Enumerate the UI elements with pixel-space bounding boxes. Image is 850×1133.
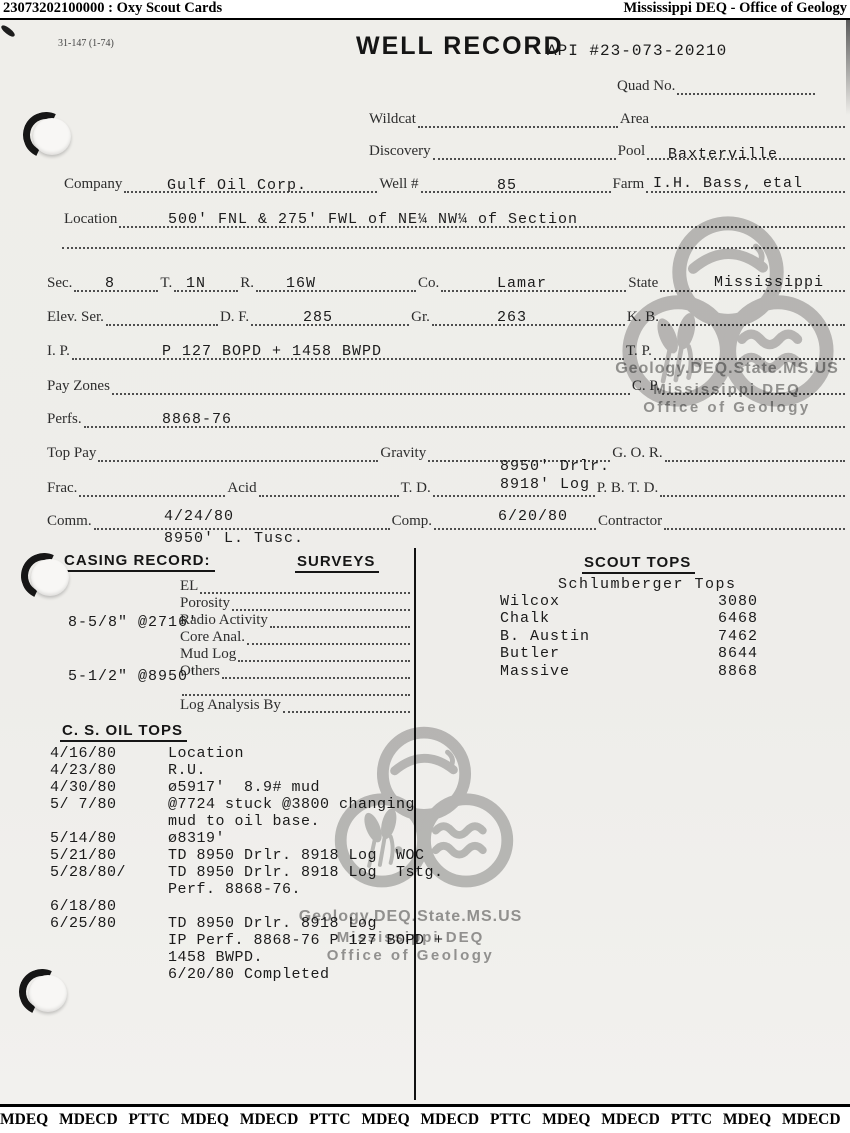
footer-bar: MDEQ MDECD PTTC MDEQ MDECD PTTC MDEQ MDE…: [0, 1104, 850, 1129]
dotted-line: [106, 314, 218, 326]
formation-depth: 6468: [718, 610, 758, 627]
dotted-line: [660, 485, 845, 497]
agency-name: Mississippi DEQ - Office of Geology: [623, 0, 847, 17]
drilling-log-table: 4/16/80 Location 4/23/80 R.U. 4/30/80 ø5…: [50, 745, 444, 983]
casing-row: 5-1/2" @8950': [68, 668, 198, 686]
df-label: D. F.: [218, 309, 251, 326]
ip-label: I. P.: [45, 343, 72, 360]
page-title: WELL RECORD: [356, 32, 564, 61]
range-value: 16W: [286, 275, 316, 292]
section-divider-dotted: [62, 247, 845, 249]
document-id: 23073202100000 : Oxy Scout Cards: [3, 0, 222, 17]
location-label: Location: [62, 211, 119, 228]
scan-artifact-mark: [0, 24, 16, 39]
pay-zones-cp-row: Pay Zones C. P.: [45, 375, 845, 395]
survey-row: [178, 679, 410, 696]
scout-tops-table: Wilcox 3080 Chalk 6468 B. Austin 7462 Bu…: [500, 593, 758, 680]
comm-date-value: 4/24/80: [164, 508, 234, 525]
ip-value: P 127 BOPD + 1458 BWPD: [162, 343, 382, 360]
tp-label: T. P.: [624, 343, 654, 360]
survey-row: Log Analysis By: [178, 696, 410, 713]
formation-depth: 7462: [718, 628, 758, 645]
location-value: 500' FNL & 275' FWL of NE¼ NW¼ of Sectio…: [168, 211, 578, 228]
formation-depth: 8644: [718, 645, 758, 662]
log-text: Location: [168, 745, 244, 762]
log-date: 4/16/80: [50, 745, 168, 762]
cs-oil-tops-title: C. S. OIL TOPS: [60, 722, 187, 742]
log-date: [50, 813, 168, 830]
dotted-line: [79, 485, 225, 497]
log-entry: 5/14/80 ø8319': [50, 830, 444, 847]
log-entry: IP Perf. 8868-76 P 127 BOPD +: [50, 932, 444, 949]
elev-ser-label: Elev. Ser.: [45, 309, 106, 326]
dotted-line: [654, 348, 845, 360]
log-entry: mud to oil base.: [50, 813, 444, 830]
formation-depth: 8868: [718, 663, 758, 680]
dotted-line: [651, 116, 845, 128]
perfs-value: 8868-76: [162, 411, 232, 428]
log-text: TD 8950 Drlr. 8918 Log WOC: [168, 847, 425, 864]
td-log-value: 8918' Log: [500, 476, 590, 493]
formation-name: Butler: [500, 645, 718, 662]
formation-depth: 3080: [718, 593, 758, 610]
punch-hole: [21, 553, 71, 601]
formation-name: B. Austin: [500, 628, 718, 645]
scout-top-row: B. Austin 7462: [500, 628, 758, 645]
log-date: 4/23/80: [50, 762, 168, 779]
log-text: ø5917' 8.9# mud: [168, 779, 320, 796]
scout-top-row: Massive 8868: [500, 663, 758, 680]
county-label: Co.: [416, 275, 441, 292]
area-label: Area: [618, 111, 651, 128]
log-date: 5/28/80/: [50, 864, 168, 881]
dotted-line: [238, 652, 410, 662]
dotted-line: [432, 314, 625, 326]
survey-row: Others: [178, 662, 410, 679]
farm-label: Farm: [611, 176, 647, 193]
gr-value: 263: [497, 309, 527, 326]
pay-zones-label: Pay Zones: [45, 378, 112, 395]
log-date: 5/14/80: [50, 830, 168, 847]
log-text: ø8319': [168, 830, 225, 847]
dotted-line: [662, 383, 845, 395]
survey-row: Porosity: [178, 594, 410, 611]
range-label: R.: [238, 275, 256, 292]
wildcat-area-row: Wildcat Area: [367, 108, 845, 128]
log-text: Perf. 8868-76.: [168, 881, 301, 898]
scout-top-row: Chalk 6468: [500, 610, 758, 627]
log-entry: 4/23/80 R.U.: [50, 762, 444, 779]
log-date: 5/21/80: [50, 847, 168, 864]
dotted-line: [94, 518, 390, 530]
kb-label: K. B.: [625, 309, 661, 326]
log-entry: 5/28/80/ TD 8950 Drlr. 8918 Log Tstg.: [50, 864, 444, 881]
punch-hole: [19, 969, 69, 1017]
top-pay-label: Top Pay: [45, 445, 98, 462]
log-entry: 4/16/80 Location: [50, 745, 444, 762]
scan-edge-shadow: [846, 20, 850, 115]
pool-value: Baxterville: [668, 146, 778, 163]
td-driller-value: 8950' Drlr.: [500, 458, 610, 475]
dotted-line: [247, 635, 410, 645]
dotted-line: [259, 485, 399, 497]
log-text: TD 8950 Drlr. 8918 Log: [168, 915, 377, 932]
survey-row: Core Anal.: [178, 628, 410, 645]
log-entry: Perf. 8868-76.: [50, 881, 444, 898]
log-entry: 6/18/80: [50, 898, 444, 915]
log-text: TD 8950 Drlr. 8918 Log Tstg.: [168, 864, 444, 881]
pool-label: Pool: [616, 143, 648, 160]
survey-row: EL: [178, 577, 410, 594]
quad-no-label: Quad No.: [615, 78, 677, 95]
viewer-header: 23073202100000 : Oxy Scout Cards Mississ…: [0, 0, 850, 20]
log-text: mud to oil base.: [168, 813, 320, 830]
form-number: 31-147 (1-74): [58, 38, 114, 49]
comp-date-value: 6/20/80: [498, 508, 568, 525]
acid-label: Acid: [225, 480, 258, 497]
api-number: API #23-073-20210: [547, 42, 727, 60]
state-label: State: [626, 275, 660, 292]
formation-name: Wilcox: [500, 593, 718, 610]
dotted-line: [200, 584, 410, 594]
dotted-line: [433, 148, 616, 160]
surveys-list: EL Porosity Radio Activity Core Anal. Mu…: [178, 577, 410, 713]
dotted-line: [222, 669, 410, 679]
scanned-well-record: 31-147 (1-74) WELL RECORD API #23-073-20…: [0, 20, 850, 1104]
log-text: @7724 stuck @3800 changing: [168, 796, 415, 813]
log-text: R.U.: [168, 762, 206, 779]
survey-row: Radio Activity: [178, 611, 410, 628]
log-entry: 4/30/80 ø5917' 8.9# mud: [50, 779, 444, 796]
log-date: 5/ 7/80: [50, 796, 168, 813]
casing-row: 8-5/8" @2716': [68, 614, 198, 632]
dotted-line: [182, 686, 410, 696]
gr-label: Gr.: [409, 309, 432, 326]
gor-label: G. O. R.: [610, 445, 664, 462]
td-label: T. D.: [399, 480, 433, 497]
comp-label: Comp.: [390, 513, 434, 530]
county-value: Lamar: [497, 275, 547, 292]
company-label: Company: [62, 176, 124, 193]
log-date: 4/30/80: [50, 779, 168, 796]
sec-label: Sec.: [45, 275, 74, 292]
dotted-line: [98, 450, 378, 462]
log-entry: 5/ 7/80 @7724 stuck @3800 changing: [50, 796, 444, 813]
log-entry: 5/21/80 TD 8950 Drlr. 8918 Log WOC: [50, 847, 444, 864]
dotted-line: [665, 450, 845, 462]
township-value: 1N: [186, 275, 206, 292]
township-label: T.: [158, 275, 174, 292]
frac-acid-td-pbtd-row: Frac. Acid T. D. P. B. T. D.: [45, 477, 845, 497]
log-entry: 6/25/80 TD 8950 Drlr. 8918 Log: [50, 915, 444, 932]
well-no-value: 85: [497, 177, 517, 194]
footer-agency-codes: MDEQ MDECD PTTC MDEQ MDECD PTTC MDEQ MDE…: [0, 1107, 850, 1129]
dotted-line: [664, 518, 845, 530]
log-date: [50, 932, 168, 949]
log-entry: 6/20/80 Completed: [50, 966, 444, 983]
surveys-title: SURVEYS: [295, 553, 379, 573]
sec-value: 8: [105, 275, 115, 292]
discovery-label: Discovery: [367, 143, 433, 160]
dotted-line: [270, 618, 410, 628]
contractor-label: Contractor: [596, 513, 664, 530]
farm-value: I.H. Bass, etal: [653, 175, 803, 192]
well-no-label: Well #: [377, 176, 420, 193]
punch-hole: [23, 112, 73, 160]
comm-label: Comm.: [45, 513, 94, 530]
company-value: Gulf Oil Corp.: [167, 177, 307, 194]
log-date: 6/25/80: [50, 915, 168, 932]
state-value: Mississippi: [714, 274, 824, 291]
top-pay-gravity-gor-row: Top Pay Gravity G. O. R.: [45, 442, 845, 462]
scout-top-row: Wilcox 3080: [500, 593, 758, 610]
pbtd-label: P. B. T. D.: [595, 480, 661, 497]
dotted-line: [112, 383, 630, 395]
casing-record-title: CASING RECORD:: [62, 552, 215, 572]
log-entry: 1458 BWPD.: [50, 949, 444, 966]
perfs-label: Perfs.: [45, 411, 84, 428]
log-date: 6/18/80: [50, 898, 168, 915]
log-text: 1458 BWPD.: [168, 949, 263, 966]
formation-name: Massive: [500, 663, 718, 680]
dotted-line: [661, 314, 845, 326]
wildcat-label: Wildcat: [367, 111, 418, 128]
dotted-line: [174, 280, 238, 292]
log-text: IP Perf. 8868-76 P 127 BOPD +: [168, 932, 444, 949]
dotted-line: [677, 83, 815, 95]
dotted-line: [283, 703, 410, 713]
quad-no-row: Quad No.: [615, 75, 815, 95]
dotted-line: [256, 280, 416, 292]
df-value: 285: [303, 309, 333, 326]
log-date: [50, 949, 168, 966]
log-date: [50, 881, 168, 898]
scout-tops-subtitle: Schlumberger Tops: [558, 576, 737, 594]
casing-record-list: 8-5/8" @2716' 5-1/2" @8950': [68, 578, 198, 722]
dotted-line: [74, 280, 158, 292]
dotted-line: [232, 601, 410, 611]
elevation-row: Elev. Ser. D. F. Gr. K. B.: [45, 306, 845, 326]
scout-top-row: Butler 8644: [500, 645, 758, 662]
scout-tops-title: SCOUT TOPS: [582, 554, 695, 574]
log-text: 6/20/80 Completed: [168, 966, 330, 983]
frac-label: Frac.: [45, 480, 79, 497]
formation-name: Chalk: [500, 610, 718, 627]
survey-row: Mud Log: [178, 645, 410, 662]
dotted-line: [418, 116, 618, 128]
comm-depth-value: 8950' L. Tusc.: [164, 530, 304, 547]
gravity-label: Gravity: [378, 445, 428, 462]
cp-label: C. P.: [630, 378, 662, 395]
